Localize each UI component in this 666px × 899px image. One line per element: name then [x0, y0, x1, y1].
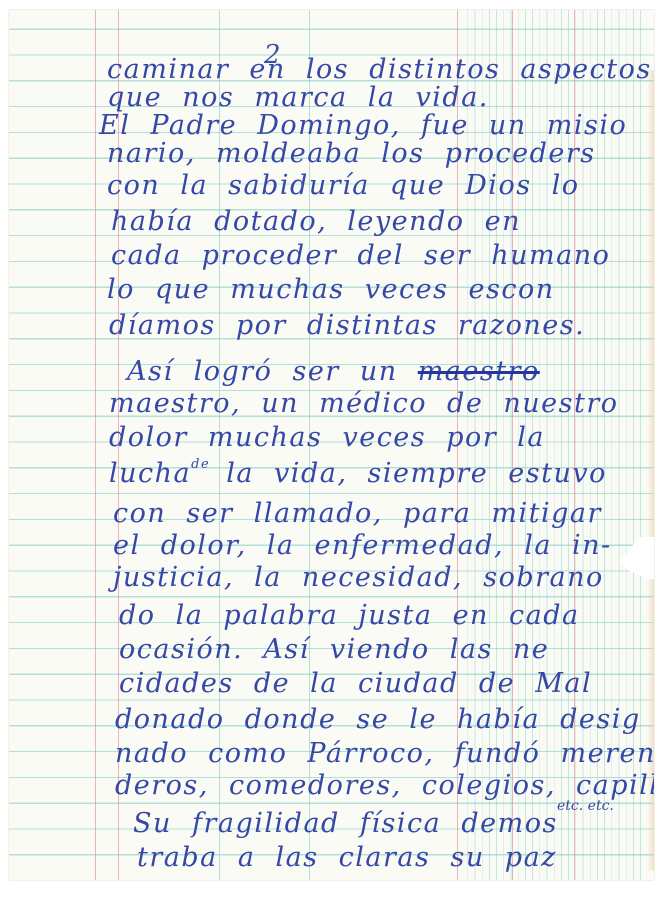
text-line: donado donde se le había desig: [115, 704, 641, 735]
text-segment: lucha: [109, 458, 191, 489]
text-line: díamos por distintas razones.: [109, 310, 585, 341]
text-line: cada proceder del ser humano: [111, 240, 610, 271]
text-line: nado como Párroco, fundó meren: [115, 738, 654, 769]
text-line: lo que muchas veces escon: [107, 274, 555, 305]
margin-note: etc. etc.: [557, 798, 614, 814]
text-line: Así logró ser un maestro: [127, 356, 540, 387]
text-line: había dotado, leyendo en: [111, 206, 521, 237]
text-line: caminar en los distintos aspectos: [107, 54, 652, 85]
text-line: maestro, un médico de nuestro: [109, 388, 619, 419]
text-line: dolor muchas veces por la: [109, 422, 545, 453]
text-line: deros, comedores, colegios, capillas: [115, 770, 654, 801]
text-line: ocasión. Así viendo las ne: [119, 634, 549, 665]
text-line: luchade la vida, siempre estuvo: [109, 458, 607, 489]
text-line: con la sabiduría que Dios lo: [107, 170, 580, 201]
notebook-paper-sheet: 2 caminar en los distintos aspectos que …: [9, 10, 654, 880]
text-line: Su fragilidad física demos: [133, 808, 558, 839]
text-line: do la palabra justa en cada: [119, 600, 580, 631]
text-segment: la vida, siempre estuvo: [206, 458, 607, 489]
text-line: cidades de la ciudad de Mal: [119, 668, 592, 699]
text-line: que nos marca la vida.: [107, 82, 489, 113]
superscript-insertion: de: [191, 457, 210, 472]
text-segment: Así logró ser un: [127, 356, 418, 387]
text-line: nario, moldeaba los proceders: [107, 138, 596, 169]
handwritten-text-body: caminar en los distintos aspectos que no…: [9, 10, 654, 880]
text-line: justicia, la necesidad, sobrano: [113, 562, 604, 593]
text-line: traba a las claras su paz: [137, 842, 557, 873]
struck-out-word: maestro: [418, 356, 540, 387]
text-line: con ser llamado, para mitigar: [113, 498, 602, 529]
text-line: El Padre Domingo, fue un misio: [99, 110, 627, 141]
text-line: el dolor, la enfermedad, la in-: [113, 530, 612, 561]
